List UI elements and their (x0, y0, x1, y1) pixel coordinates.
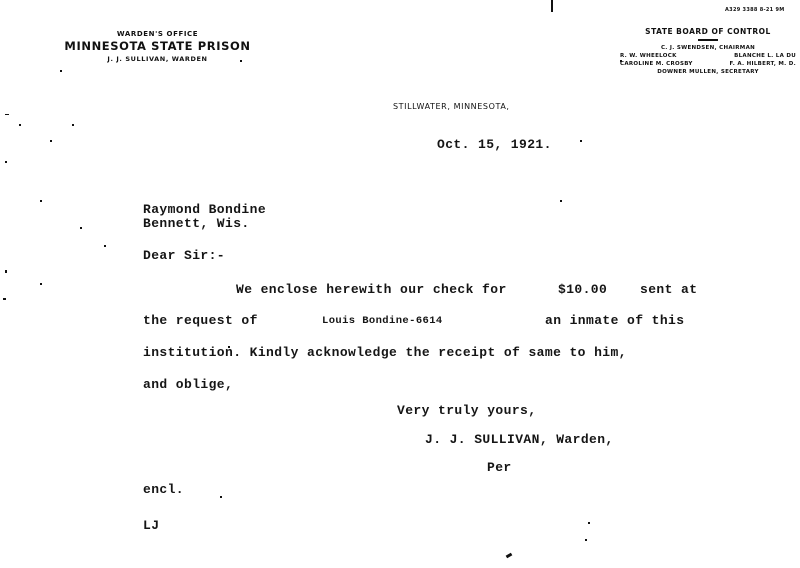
scan-mark (620, 60, 622, 62)
scan-mark (585, 539, 587, 541)
board-members-row: R. W. WHEELOCK BLANCHE L. LA DU (618, 52, 798, 60)
scan-mark (80, 227, 82, 229)
scan-mark (3, 298, 6, 300)
scan-mark (5, 161, 7, 163)
scan-mark (240, 60, 242, 62)
board-chairman: C. J. SWENDSEN, CHAIRMAN (618, 44, 798, 52)
body-line-2-end: an inmate of this (545, 313, 684, 328)
recipient-name: Raymond Bondine (143, 202, 266, 217)
warden-name: J. J. SULLIVAN, WARDEN (50, 55, 265, 63)
signature: J. J. SULLIVAN, Warden, (425, 432, 614, 447)
letterhead-right: STATE BOARD OF CONTROL C. J. SWENDSEN, C… (618, 27, 798, 76)
warden-office-label: WARDEN'S OFFICE (50, 30, 265, 38)
letter-date: Oct. 15, 1921. (437, 137, 552, 152)
scan-mark (19, 124, 21, 126)
scan-mark (220, 496, 222, 498)
board-member: CAROLINE M. CROSBY (620, 60, 693, 68)
body-line-1: We enclose herewith our check for (236, 282, 507, 297)
body-line-1-end: sent at (640, 282, 697, 297)
scan-mark (506, 553, 513, 559)
scan-mark (60, 70, 62, 72)
salutation: Dear Sir:- (143, 248, 225, 263)
divider (698, 39, 718, 41)
scan-mark (104, 245, 106, 247)
inmate-name: Louis Bondine-6614 (322, 315, 443, 327)
board-members-row: CAROLINE M. CROSBY F. A. HILBERT, M. D. (618, 60, 798, 68)
recipient-address: Bennett, Wis. (143, 216, 250, 231)
board-member: R. W. WHEELOCK (620, 52, 677, 60)
scan-mark (50, 140, 52, 142)
institution-name: MINNESOTA STATE PRISON (50, 39, 265, 53)
form-number: A329 3388 8-21 9M (725, 7, 785, 13)
closing: Very truly yours, (397, 403, 536, 418)
board-member: BLANCHE L. LA DU (734, 52, 796, 60)
scan-mark (5, 270, 7, 273)
body-line-3: institution. Kindly acknowledge the rece… (143, 345, 627, 360)
body-line-4: and oblige, (143, 377, 233, 392)
board-member: F. A. HILBERT, M. D. (729, 60, 796, 68)
scan-mark (580, 140, 582, 142)
scan-mark (551, 0, 553, 12)
scan-mark (40, 283, 42, 285)
scan-mark (228, 346, 230, 348)
scan-mark (560, 200, 562, 202)
check-amount: $10.00 (558, 282, 607, 297)
scan-mark (588, 522, 590, 524)
typist-initials: LJ (143, 518, 159, 533)
scan-mark (40, 200, 42, 202)
board-secretary: DOWNER MULLEN, SECRETARY (618, 68, 798, 76)
board-name: STATE BOARD OF CONTROL (618, 27, 798, 36)
place-line: STILLWATER, MINNESOTA, (393, 102, 510, 111)
scan-mark (5, 114, 9, 115)
scan-mark (72, 124, 74, 126)
enclosure-note: encl. (143, 482, 184, 497)
letterhead-left: WARDEN'S OFFICE MINNESOTA STATE PRISON J… (50, 30, 265, 63)
per-label: Per (487, 460, 512, 475)
body-line-2: the request of (143, 313, 258, 328)
